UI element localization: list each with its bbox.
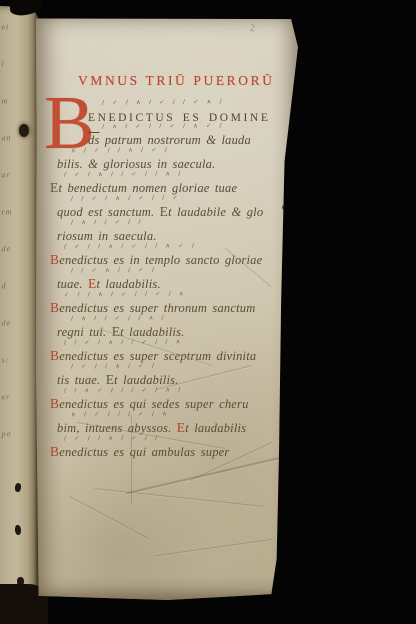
neume-marks: ∕ ∕ ✓ ∕ ∧ ∕ ✓ ∕ ∕ ✓	[71, 194, 181, 202]
neume-marks: ∕ ✓ ∕ ∕ ∧ ∕ ✓ ∕ ∕ ∧ ✓ ∕	[64, 242, 197, 250]
manuscript-text-line: ∕ ∕ ✓ ∕ ∧ ∕ ✓ ∕ ∕ ✓quod est sanctum. Et …	[50, 197, 286, 221]
text-segment: quod est sanctum.	[57, 205, 160, 219]
prev-page-text-fragment: rm	[1, 207, 28, 245]
neume-marks: ∧ ∕ ✓ ∕ ∕ ∧ ∕ ✓ ∕	[71, 146, 170, 154]
text-segment: regni tui.	[57, 325, 112, 339]
text-segment: enedictus es super sceptrum divinita	[59, 349, 256, 363]
prev-page-text-fragment: et	[1, 22, 28, 60]
neume-marks: ∕ ∧ ∕ ∕ ✓ ∕ ∕ ∧ ∕	[71, 314, 167, 322]
text-segment: t laudabilis	[185, 421, 246, 435]
init-red-segment: B	[50, 396, 59, 411]
text-segment: tuae.	[57, 277, 88, 291]
parchment-crack	[155, 539, 274, 557]
text-segment: tis tuae.	[57, 373, 106, 387]
folio-number: 2	[249, 23, 255, 34]
neume-marks: ∧ ∕ ✓ ∕ ∕ ∕ ✓ ∕ ∧	[71, 410, 170, 418]
prev-page-text-fragment: de	[1, 244, 28, 282]
init-red-segment: B	[50, 252, 59, 267]
prev-page-text-fragment: an	[1, 133, 28, 171]
init-red-segment: E	[177, 420, 185, 435]
text-segment: riosum in saecula.	[57, 229, 157, 243]
text-segment: enedictus es qui ambulas super	[59, 445, 229, 459]
manuscript-text-line: ∕ ∕ ✓ ∕ ∧ ∕ ∕ ✓ ∕ ∕ ∧Benedictus es super…	[50, 341, 286, 365]
ink-speck	[282, 205, 286, 210]
neume-marks: ∕ ∕ ✓ ∕ ∧ ∕ ∕ ✓ ∕ ∕ ∧	[64, 338, 183, 346]
parchment-crack	[94, 488, 263, 507]
prev-page-text-fragment: po	[1, 429, 28, 467]
neume-marks: ∕ ∧ ∕ ∕ ✓ ∕ ∕	[71, 218, 144, 226]
rubric-title: VMNUS TRIŪ PUERORŪ	[78, 73, 288, 89]
text-segment: t laudabilis.	[120, 325, 184, 339]
init-green-segment: E	[160, 204, 168, 219]
manuscript-text-line: ∕ ✓ ∕ ∕ ∧ ∕ ✓ ∕ ∕ ∧ ✓ ∕Benedictus es in …	[50, 245, 286, 269]
prev-page-text-fragment: er	[1, 392, 28, 430]
manuscript-text-line: ∧ ∕ ✓ ∕ ∕ ∕ ✓ ∕ ∧bim, intuens abyssos. E…	[50, 413, 286, 437]
neume-marks: ∕ ✓ ∕ ∕ ∧ ∕ ✓ ∕	[71, 362, 157, 370]
binding-fray	[9, 0, 42, 16]
manuscript-page: 2 VMNUS TRIŪ PUERORŪ B ∕ ✓ ∕ ∧ ∕ ✓ ∕ ∕ ✓…	[36, 15, 299, 600]
text-segment: t benedictum nomen gloriae tuae	[58, 181, 237, 195]
text-segment: patrum nostrorum & lauda	[100, 133, 251, 147]
text-segment: enedictus es super thronum sanctum	[59, 301, 255, 315]
prev-page-text-fragment: de	[1, 318, 28, 356]
text-segment: t laudabilis.	[96, 277, 160, 291]
neume-marks: ✓ ∕ ∕ ∧ ∕ ✓ ∕ ∕ ✓ ∕ ∧	[64, 290, 187, 298]
prev-page-text-fragment: l	[1, 59, 28, 97]
binding-knot	[19, 124, 29, 137]
body-text: Benedictus es qui ambulas super	[50, 444, 229, 460]
binding-stitch	[14, 525, 21, 536]
overline-segment: ds	[88, 133, 100, 147]
prev-page-text-fragment: d	[1, 281, 28, 319]
text-segment: bilis. & gloriosus in saecula.	[57, 157, 215, 171]
prev-page-text-fragment: ar	[1, 170, 28, 208]
init-red-segment: B	[50, 348, 59, 363]
prev-page-text-fragments: etlmanarrmdeddes:erpo	[2, 22, 28, 466]
prev-page-text-fragment: s:	[1, 355, 28, 393]
text-segment: enedictus es qui sedes super cheru	[59, 397, 248, 411]
text-segment: t laudabile & glo	[168, 205, 263, 219]
init-green-segment: E	[112, 324, 120, 339]
manuscript-text-line: ✓ ∕ ∕ ∧ ∕ ✓ ∕ ∕ ✓ ∕ ∧Benedictus es super…	[50, 293, 286, 317]
text-block: ∕ ✓ ∕ ∧ ∕ ✓ ∕ ∕ ✓ ∧ ∕ENEDICTUS ES DOMINE…	[50, 101, 286, 461]
manuscript-text-line: ∕ ✓ ∕ ∕ ∧ ∕ ✓ ∕ ∕Benedictus es qui ambul…	[50, 437, 286, 461]
neume-marks: ∕ ∧ ∕ ✓ ∕ ∕ ✓ ∕ ∧ ✓ ∕	[102, 122, 225, 130]
init-red-segment: B	[50, 300, 59, 315]
init-green-segment: E	[106, 372, 114, 387]
parchment-crack	[69, 496, 149, 539]
neume-marks: ∕ ∕ ✓ ∧ ∕ ∕ ✓ ∕	[71, 266, 157, 274]
photo-backdrop: etlmanarrmdeddes:erpo 2 VMNUS TRIŪ PUERO…	[0, 0, 416, 624]
neume-marks: ∕ ✓ ∕ ∧ ∕ ∕ ✓ ∕ ∕ ∧ ∕	[64, 170, 183, 178]
neume-marks: ∕ ✓ ∕ ∧ ∕ ✓ ∕ ∕ ✓ ∧ ∕	[102, 98, 225, 106]
init-red-segment: B	[50, 444, 59, 459]
